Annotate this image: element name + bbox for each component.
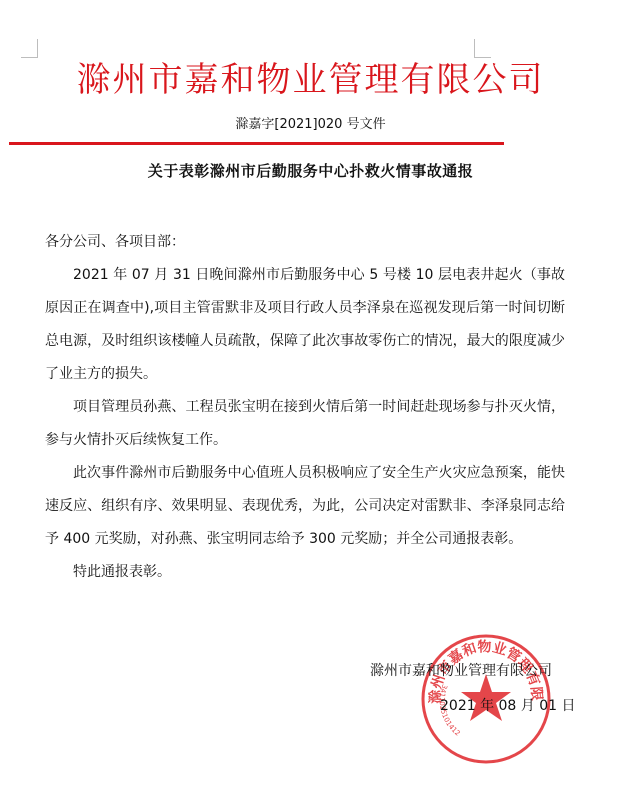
paragraph-rewards: 此次事件滁州市后勤服务中心值班人员积极响应了安全生产火灾应急预案，能快速反应、组… (45, 457, 565, 556)
paragraph-responders: 项目管理员孙燕、工程员张宝明在接到火情后第一时间赶赴现场参与扑灭火情，参与火情扑… (45, 391, 565, 457)
notice-body: 各分公司、各项目部： 2021 年 07 月 31 日晚间滁州市后勤服务中心 5… (45, 226, 565, 589)
page-corner-mark-left (21, 39, 38, 58)
signature-company: 滁州市嘉和物业管理有限公司 (370, 660, 552, 680)
paragraph-incident: 2021 年 07 月 31 日晚间滁州市后勤服务中心 5 号楼 10 层电表井… (45, 259, 565, 391)
document-number: 滁嘉字[2021]020 号文件 (0, 113, 621, 132)
page-corner-mark-right (474, 39, 491, 58)
company-letterhead: 滁州市嘉和物业管理有限公司 (0, 58, 621, 102)
salutation: 各分公司、各项目部： (45, 226, 565, 259)
closing-line: 特此通报表彰。 (45, 556, 565, 589)
notice-title: 关于表彰滁州市后勤服务中心扑救火情事故通报 (0, 160, 621, 181)
letterhead-divider (9, 142, 504, 145)
signature-date: 2021 年 08 月 01 日 (440, 695, 576, 715)
